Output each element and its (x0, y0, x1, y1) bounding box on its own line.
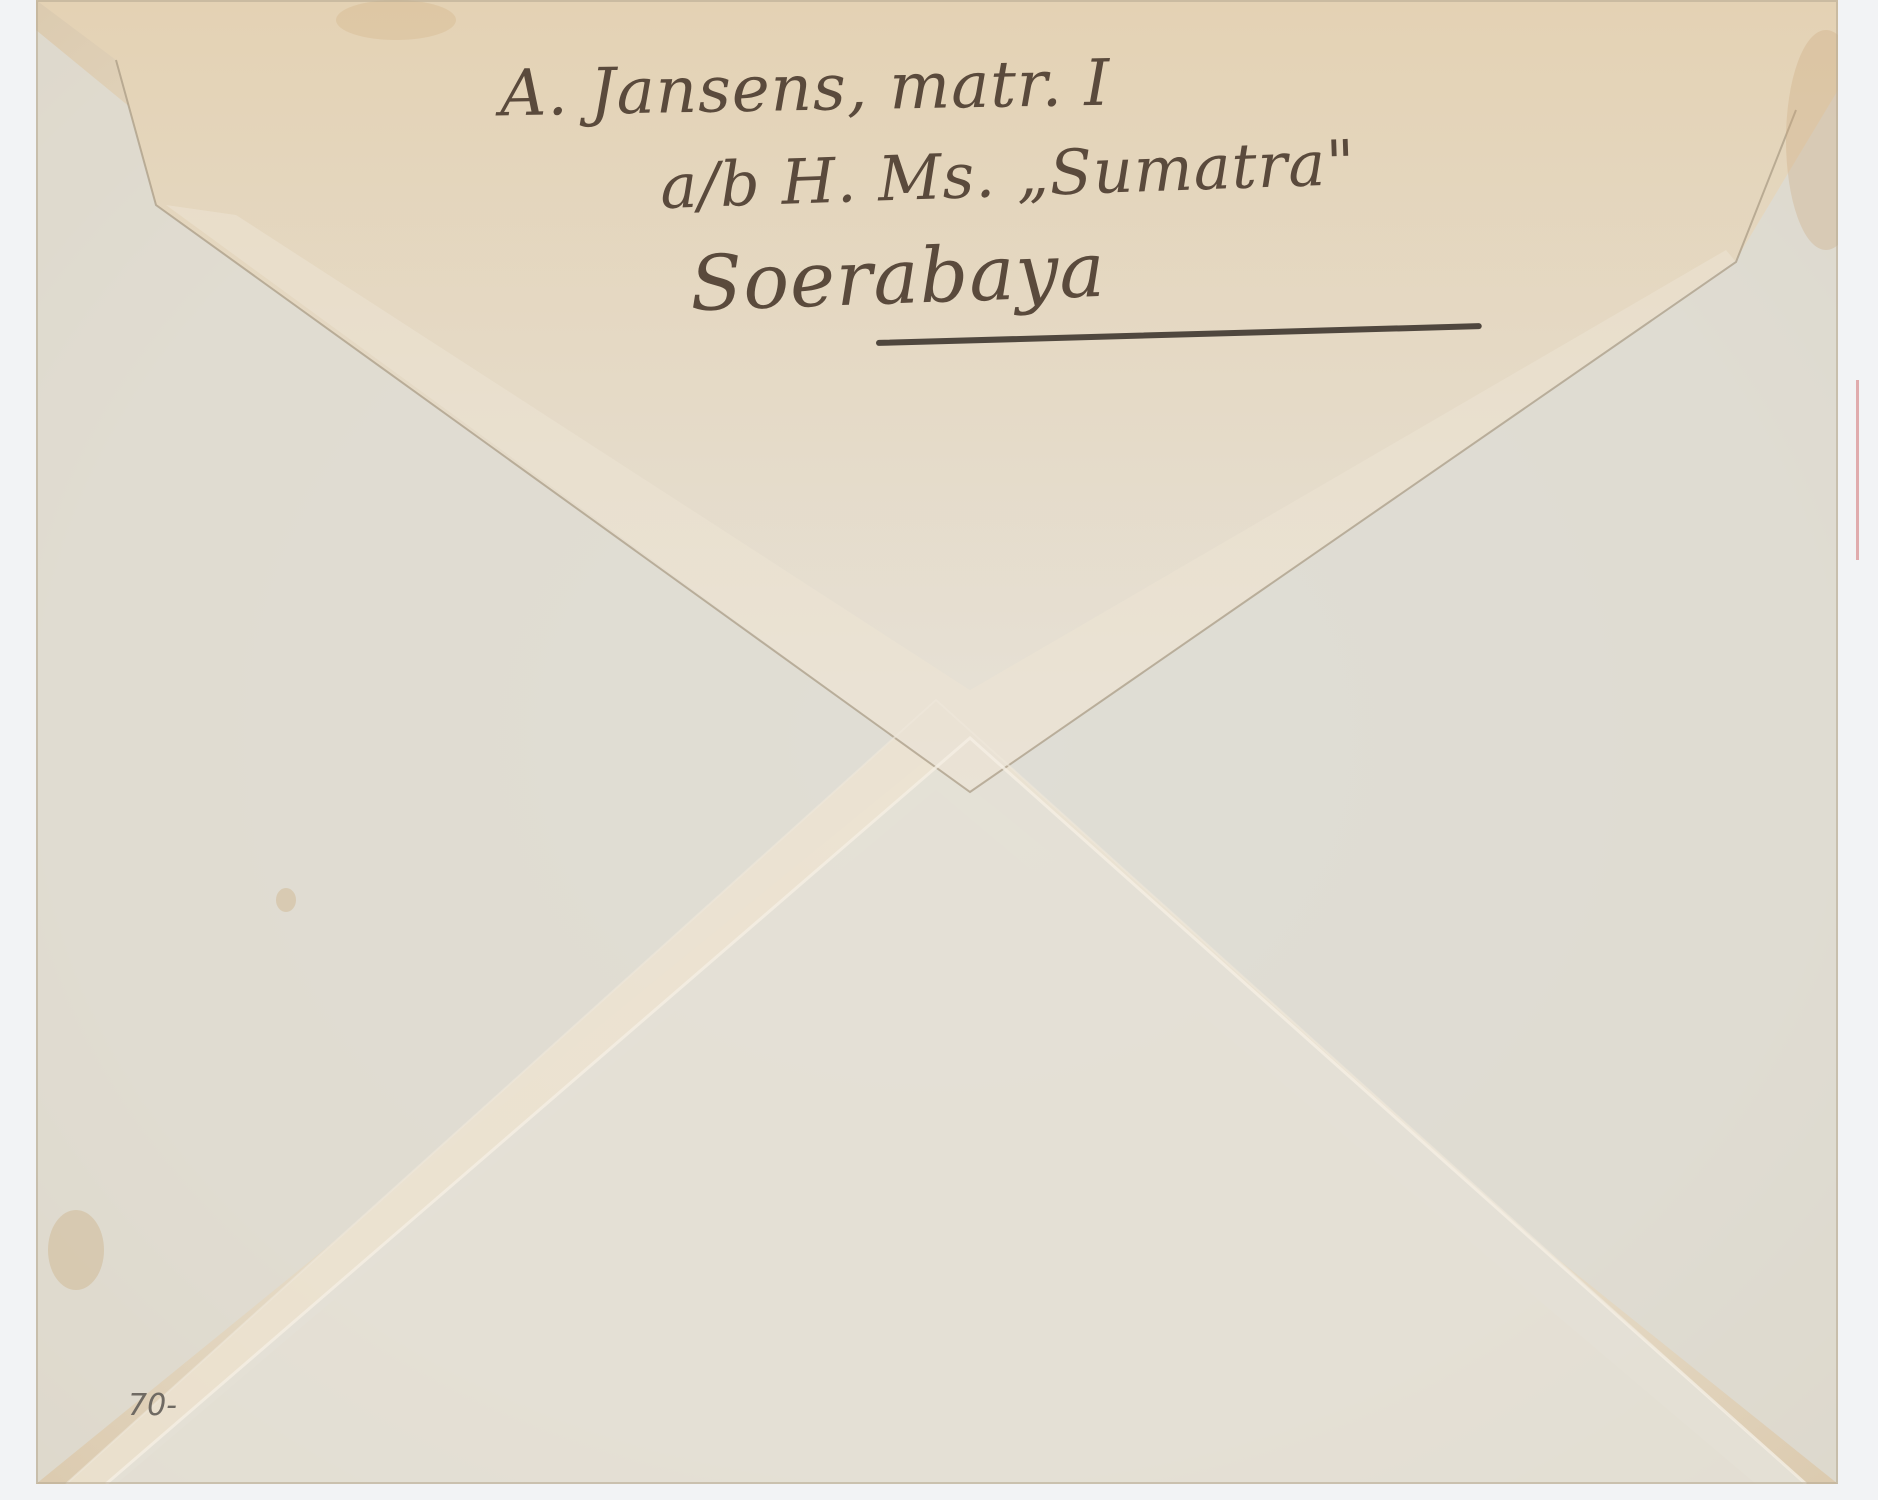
red-edge-mark (1856, 380, 1859, 560)
envelope (36, 0, 1838, 1484)
envelope-body (36, 0, 1838, 1484)
stain (48, 1210, 104, 1290)
sender-city-line: Soerabaya (689, 225, 1108, 328)
pencil-price-note: 70- (128, 1388, 177, 1423)
sender-name-line: A. Jansens, matr. I (499, 47, 1111, 132)
